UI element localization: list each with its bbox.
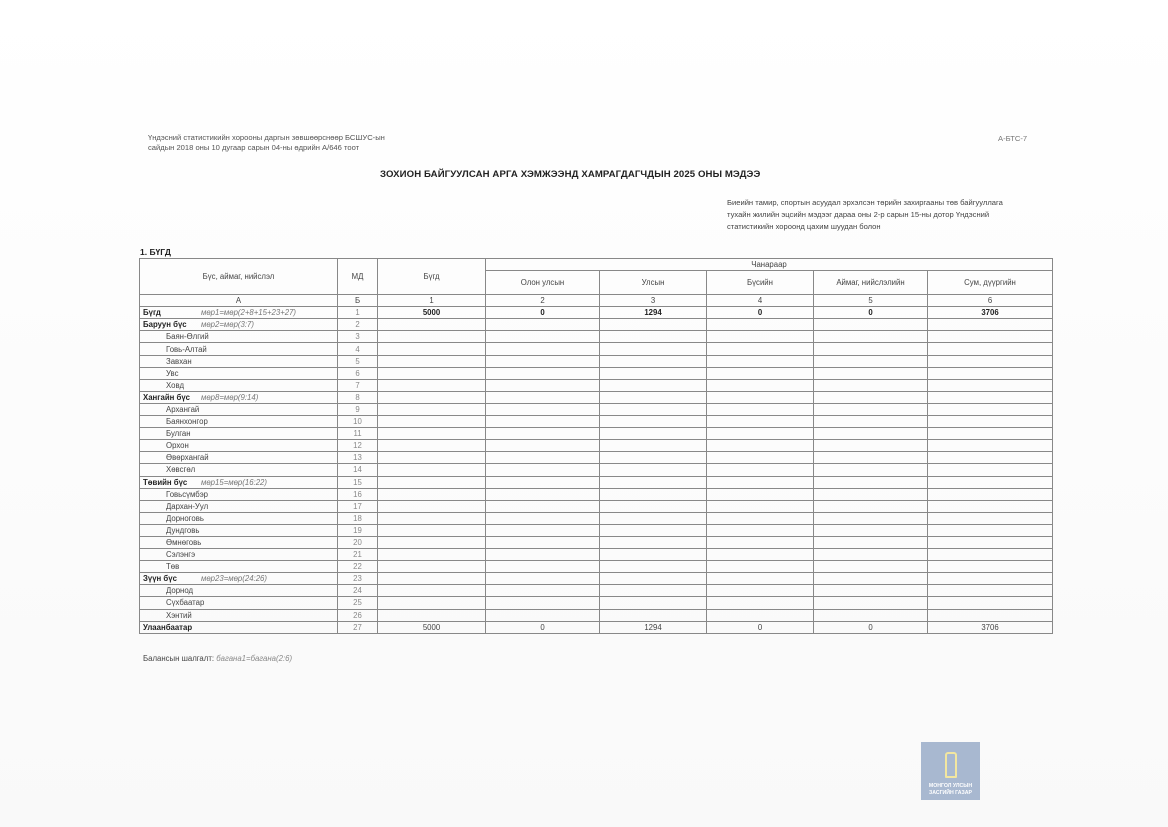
row-md: 19 bbox=[338, 524, 378, 536]
row-label: Хангайн бүсмөр8=мөр(9:14) bbox=[140, 391, 338, 403]
cell-aimag bbox=[814, 367, 928, 379]
cell-aimag bbox=[814, 403, 928, 415]
cell-international bbox=[486, 379, 600, 391]
cell-regional bbox=[707, 440, 814, 452]
balance-formula: багана1=багана(2:6) bbox=[216, 654, 292, 663]
cell-international bbox=[486, 524, 600, 536]
cell-soum bbox=[928, 536, 1053, 548]
cell-national bbox=[600, 343, 707, 355]
cell-international bbox=[486, 464, 600, 476]
table-row: Булган11 bbox=[140, 428, 1053, 440]
cell-regional bbox=[707, 343, 814, 355]
cell-regional bbox=[707, 367, 814, 379]
cell-national bbox=[600, 561, 707, 573]
cell-total bbox=[378, 319, 486, 331]
row-md: 21 bbox=[338, 549, 378, 561]
cell-total bbox=[378, 500, 486, 512]
cell-regional bbox=[707, 573, 814, 585]
header-total: Бүгд bbox=[378, 259, 486, 295]
cell-national bbox=[600, 597, 707, 609]
row-md: 9 bbox=[338, 403, 378, 415]
cell-regional bbox=[707, 536, 814, 548]
cell-aimag: 0 bbox=[814, 621, 928, 633]
table-row: Төвийн бүсмөр15=мөр(16:22)15 bbox=[140, 476, 1053, 488]
balance-label: Балансын шалгалт: bbox=[143, 654, 214, 663]
cell-regional bbox=[707, 416, 814, 428]
cell-total bbox=[378, 597, 486, 609]
row-md: 8 bbox=[338, 391, 378, 403]
cell-aimag bbox=[814, 488, 928, 500]
cell-soum bbox=[928, 391, 1053, 403]
cell-soum bbox=[928, 367, 1053, 379]
row-label: Сүхбаатар bbox=[140, 597, 338, 609]
cell-soum bbox=[928, 488, 1053, 500]
row-md: 26 bbox=[338, 609, 378, 621]
cell-aimag bbox=[814, 549, 928, 561]
table-row: Баруун бүсмөр2=мөр(3:7)2 bbox=[140, 319, 1053, 331]
cell-international bbox=[486, 512, 600, 524]
cell-regional bbox=[707, 597, 814, 609]
cell-aimag: 0 bbox=[814, 307, 928, 319]
cell-international bbox=[486, 585, 600, 597]
row-label: Увс bbox=[140, 367, 338, 379]
cell-aimag bbox=[814, 512, 928, 524]
cell-soum bbox=[928, 561, 1053, 573]
row-label: Өвөрхангай bbox=[140, 452, 338, 464]
row-label: Хэнтий bbox=[140, 609, 338, 621]
cell-total bbox=[378, 549, 486, 561]
row-md: 23 bbox=[338, 573, 378, 585]
cell-national bbox=[600, 355, 707, 367]
document-title: ЗОХИОН БАЙГУУЛСАН АРГА ХЭМЖЭЭНД ХАМРАГДА… bbox=[380, 169, 760, 180]
cell-national bbox=[600, 331, 707, 343]
approval-note: Үндэсний статистикийн хорооны даргын зөв… bbox=[148, 133, 385, 153]
cell-total bbox=[378, 464, 486, 476]
cell-international bbox=[486, 500, 600, 512]
cell-international bbox=[486, 549, 600, 561]
cell-international: 0 bbox=[486, 307, 600, 319]
cell-national bbox=[600, 391, 707, 403]
cell-soum bbox=[928, 476, 1053, 488]
cell-regional: 0 bbox=[707, 307, 814, 319]
cell-total bbox=[378, 428, 486, 440]
header-national: Улсын bbox=[600, 271, 707, 295]
cell-national bbox=[600, 512, 707, 524]
cell-soum bbox=[928, 355, 1053, 367]
cell-international bbox=[486, 343, 600, 355]
cell-national bbox=[600, 319, 707, 331]
cell-total: 5000 bbox=[378, 307, 486, 319]
cell-total bbox=[378, 440, 486, 452]
cell-soum bbox=[928, 319, 1053, 331]
header-region: Бүс, аймаг, нийслэл bbox=[140, 259, 338, 295]
cell-total bbox=[378, 476, 486, 488]
submission-note: Биеийн тамир, спортын асуудал эрхэлсэн т… bbox=[727, 197, 1027, 233]
row-label: Дархан-Уул bbox=[140, 500, 338, 512]
cell-national: 1294 bbox=[600, 621, 707, 633]
cell-aimag bbox=[814, 524, 928, 536]
cell-aimag bbox=[814, 500, 928, 512]
header-regional: Бүсийн bbox=[707, 271, 814, 295]
cell-total bbox=[378, 343, 486, 355]
cell-international bbox=[486, 609, 600, 621]
table-row: Увс6 bbox=[140, 367, 1053, 379]
cell-international bbox=[486, 440, 600, 452]
row-md: 15 bbox=[338, 476, 378, 488]
cell-national bbox=[600, 428, 707, 440]
row-label: Бүгдмөр1=мөр(2+8+15+23+27) bbox=[140, 307, 338, 319]
table-row: Дорноговь18 bbox=[140, 512, 1053, 524]
table-row: Сэлэнгэ21 bbox=[140, 549, 1053, 561]
cell-total bbox=[378, 573, 486, 585]
cell-regional bbox=[707, 476, 814, 488]
header-international: Олон улсын bbox=[486, 271, 600, 295]
row-label: Орхон bbox=[140, 440, 338, 452]
row-label: Баян-Өлгий bbox=[140, 331, 338, 343]
cell-international bbox=[486, 331, 600, 343]
cell-national bbox=[600, 476, 707, 488]
cell-international bbox=[486, 428, 600, 440]
cell-soum bbox=[928, 597, 1053, 609]
cell-national bbox=[600, 585, 707, 597]
cell-total bbox=[378, 488, 486, 500]
cell-aimag bbox=[814, 452, 928, 464]
cell-regional bbox=[707, 403, 814, 415]
row-md: 1 bbox=[338, 307, 378, 319]
cell-national bbox=[600, 440, 707, 452]
row-md: 18 bbox=[338, 512, 378, 524]
cell-regional bbox=[707, 355, 814, 367]
cell-regional bbox=[707, 585, 814, 597]
section-title: 1. БҮГД bbox=[140, 247, 171, 257]
cell-total bbox=[378, 331, 486, 343]
table-row: Өмнөговь20 bbox=[140, 536, 1053, 548]
row-label: Хөвсгөл bbox=[140, 464, 338, 476]
cell-regional bbox=[707, 452, 814, 464]
cell-total bbox=[378, 585, 486, 597]
row-md: 5 bbox=[338, 355, 378, 367]
row-md: 3 bbox=[338, 331, 378, 343]
code-row: А Б 1 2 3 4 5 6 bbox=[140, 295, 1053, 307]
table-row: Говьсүмбэр16 bbox=[140, 488, 1053, 500]
row-formula: мөр2=мөр(3:7) bbox=[201, 319, 254, 330]
table-row: Улаанбаатар27500001294003706 bbox=[140, 621, 1053, 633]
row-label: Баруун бүсмөр2=мөр(3:7) bbox=[140, 319, 338, 331]
table-row: Өвөрхангай13 bbox=[140, 452, 1053, 464]
row-label: Дорнод bbox=[140, 585, 338, 597]
table-row: Орхон12 bbox=[140, 440, 1053, 452]
cell-soum bbox=[928, 452, 1053, 464]
cell-soum bbox=[928, 331, 1053, 343]
header-group: Чанараар bbox=[486, 259, 1053, 271]
row-md: 20 bbox=[338, 536, 378, 548]
soyombo-icon bbox=[945, 752, 957, 778]
cell-aimag bbox=[814, 573, 928, 585]
form-code: А-БТС-7 bbox=[998, 134, 1027, 143]
table-row: Сүхбаатар25 bbox=[140, 597, 1053, 609]
cell-total bbox=[378, 416, 486, 428]
cell-soum bbox=[928, 609, 1053, 621]
cell-total bbox=[378, 536, 486, 548]
cell-national bbox=[600, 524, 707, 536]
row-label: Завхан bbox=[140, 355, 338, 367]
cell-national bbox=[600, 536, 707, 548]
cell-aimag bbox=[814, 355, 928, 367]
cell-international bbox=[486, 355, 600, 367]
row-md: 17 bbox=[338, 500, 378, 512]
cell-total bbox=[378, 391, 486, 403]
row-md: 12 bbox=[338, 440, 378, 452]
cell-international bbox=[486, 319, 600, 331]
cell-soum bbox=[928, 524, 1053, 536]
cell-soum bbox=[928, 549, 1053, 561]
cell-soum: 3706 bbox=[928, 307, 1053, 319]
cell-international bbox=[486, 452, 600, 464]
document-page: Үндэсний статистикийн хорооны даргын зөв… bbox=[0, 0, 1168, 827]
cell-soum bbox=[928, 464, 1053, 476]
cell-regional bbox=[707, 609, 814, 621]
cell-international bbox=[486, 573, 600, 585]
row-md: 6 bbox=[338, 367, 378, 379]
cell-aimag bbox=[814, 428, 928, 440]
table-row: Баян-Өлгий3 bbox=[140, 331, 1053, 343]
cell-soum bbox=[928, 512, 1053, 524]
cell-national bbox=[600, 464, 707, 476]
cell-soum bbox=[928, 573, 1053, 585]
cell-international bbox=[486, 367, 600, 379]
cell-aimag bbox=[814, 561, 928, 573]
cell-soum: 3706 bbox=[928, 621, 1053, 633]
cell-total bbox=[378, 561, 486, 573]
cell-aimag bbox=[814, 343, 928, 355]
row-md: 10 bbox=[338, 416, 378, 428]
table-row: Дархан-Уул17 bbox=[140, 500, 1053, 512]
row-label: Говьсүмбэр bbox=[140, 488, 338, 500]
cell-national bbox=[600, 488, 707, 500]
row-md: 14 bbox=[338, 464, 378, 476]
cell-regional bbox=[707, 488, 814, 500]
cell-aimag bbox=[814, 609, 928, 621]
table-row: Бүгдмөр1=мөр(2+8+15+23+27)15000012940037… bbox=[140, 307, 1053, 319]
row-md: 2 bbox=[338, 319, 378, 331]
row-md: 22 bbox=[338, 561, 378, 573]
cell-soum bbox=[928, 500, 1053, 512]
cell-national bbox=[600, 367, 707, 379]
row-label: Дундговь bbox=[140, 524, 338, 536]
cell-soum bbox=[928, 343, 1053, 355]
cell-international: 0 bbox=[486, 621, 600, 633]
cell-regional bbox=[707, 500, 814, 512]
row-label: Баянхонгор bbox=[140, 416, 338, 428]
cell-international bbox=[486, 416, 600, 428]
cell-aimag bbox=[814, 476, 928, 488]
table-row: Архангай9 bbox=[140, 403, 1053, 415]
cell-international bbox=[486, 476, 600, 488]
row-md: 11 bbox=[338, 428, 378, 440]
cell-soum bbox=[928, 379, 1053, 391]
row-label: Архангай bbox=[140, 403, 338, 415]
cell-regional bbox=[707, 549, 814, 561]
cell-total bbox=[378, 512, 486, 524]
row-md: 13 bbox=[338, 452, 378, 464]
row-md: 27 bbox=[338, 621, 378, 633]
cell-aimag bbox=[814, 331, 928, 343]
table-row: Говь-Алтай4 bbox=[140, 343, 1053, 355]
row-label: Төвийн бүсмөр15=мөр(16:22) bbox=[140, 476, 338, 488]
row-formula: мөр23=мөр(24:26) bbox=[201, 573, 267, 584]
cell-regional bbox=[707, 319, 814, 331]
table-row: Ховд7 bbox=[140, 379, 1053, 391]
row-label: Төв bbox=[140, 561, 338, 573]
row-label: Говь-Алтай bbox=[140, 343, 338, 355]
cell-national: 1294 bbox=[600, 307, 707, 319]
row-label: Улаанбаатар bbox=[140, 621, 338, 633]
cell-regional bbox=[707, 524, 814, 536]
table-row: Хөвсгөл14 bbox=[140, 464, 1053, 476]
table-row: Зүүн бүсмөр23=мөр(24:26)23 bbox=[140, 573, 1053, 585]
header-aimag: Аймаг, нийслэлийн bbox=[814, 271, 928, 295]
cell-aimag bbox=[814, 319, 928, 331]
row-label: Сэлэнгэ bbox=[140, 549, 338, 561]
row-label: Булган bbox=[140, 428, 338, 440]
government-logo: МОНГОЛ УЛСЫН ЗАСГИЙН ГАЗАР bbox=[921, 742, 980, 800]
table-row: Дундговь19 bbox=[140, 524, 1053, 536]
cell-national bbox=[600, 452, 707, 464]
row-label: Ховд bbox=[140, 379, 338, 391]
cell-international bbox=[486, 403, 600, 415]
cell-regional bbox=[707, 379, 814, 391]
cell-regional bbox=[707, 391, 814, 403]
cell-soum bbox=[928, 403, 1053, 415]
row-label: Зүүн бүсмөр23=мөр(24:26) bbox=[140, 573, 338, 585]
row-formula: мөр15=мөр(16:22) bbox=[201, 477, 267, 488]
cell-national bbox=[600, 573, 707, 585]
cell-national bbox=[600, 403, 707, 415]
cell-international bbox=[486, 536, 600, 548]
row-md: 4 bbox=[338, 343, 378, 355]
header-md: МД bbox=[338, 259, 378, 295]
cell-soum bbox=[928, 440, 1053, 452]
cell-regional bbox=[707, 561, 814, 573]
cell-international bbox=[486, 597, 600, 609]
cell-soum bbox=[928, 585, 1053, 597]
cell-regional: 0 bbox=[707, 621, 814, 633]
cell-aimag bbox=[814, 597, 928, 609]
table-row: Хангайн бүсмөр8=мөр(9:14)8 bbox=[140, 391, 1053, 403]
table-row: Төв22 bbox=[140, 561, 1053, 573]
approval-line-2: сайдын 2018 оны 10 дугаар сарын 04-ны өд… bbox=[148, 143, 385, 153]
row-label: Өмнөговь bbox=[140, 536, 338, 548]
cell-regional bbox=[707, 512, 814, 524]
cell-aimag bbox=[814, 585, 928, 597]
cell-total bbox=[378, 367, 486, 379]
row-md: 7 bbox=[338, 379, 378, 391]
row-label: Дорноговь bbox=[140, 512, 338, 524]
cell-aimag bbox=[814, 464, 928, 476]
cell-total bbox=[378, 355, 486, 367]
cell-international bbox=[486, 561, 600, 573]
cell-national bbox=[600, 500, 707, 512]
balance-check: Балансын шалгалт: багана1=багана(2:6) bbox=[143, 654, 292, 663]
cell-regional bbox=[707, 331, 814, 343]
cell-aimag bbox=[814, 391, 928, 403]
cell-national bbox=[600, 379, 707, 391]
cell-total bbox=[378, 403, 486, 415]
cell-national bbox=[600, 549, 707, 561]
cell-national bbox=[600, 609, 707, 621]
cell-national bbox=[600, 416, 707, 428]
cell-aimag bbox=[814, 440, 928, 452]
cell-international bbox=[486, 391, 600, 403]
cell-regional bbox=[707, 428, 814, 440]
cell-international bbox=[486, 488, 600, 500]
row-formula: мөр1=мөр(2+8+15+23+27) bbox=[201, 307, 296, 318]
cell-total bbox=[378, 524, 486, 536]
row-md: 25 bbox=[338, 597, 378, 609]
approval-line-1: Үндэсний статистикийн хорооны даргын зөв… bbox=[148, 133, 385, 143]
cell-total bbox=[378, 379, 486, 391]
header-soum: Сум, дүүргийн bbox=[928, 271, 1053, 295]
cell-aimag bbox=[814, 379, 928, 391]
cell-regional bbox=[707, 464, 814, 476]
cell-soum bbox=[928, 416, 1053, 428]
table-row: Завхан5 bbox=[140, 355, 1053, 367]
row-formula: мөр8=мөр(9:14) bbox=[201, 392, 258, 403]
cell-total bbox=[378, 452, 486, 464]
cell-aimag bbox=[814, 536, 928, 548]
table-row: Баянхонгор10 bbox=[140, 416, 1053, 428]
cell-total bbox=[378, 609, 486, 621]
row-md: 16 bbox=[338, 488, 378, 500]
cell-aimag bbox=[814, 416, 928, 428]
table-row: Дорнод24 bbox=[140, 585, 1053, 597]
cell-total: 5000 bbox=[378, 621, 486, 633]
cell-soum bbox=[928, 428, 1053, 440]
row-md: 24 bbox=[338, 585, 378, 597]
statistics-table: Бүс, аймаг, нийслэл МД Бүгд Чанараар Оло… bbox=[139, 258, 1053, 634]
table-row: Хэнтий26 bbox=[140, 609, 1053, 621]
